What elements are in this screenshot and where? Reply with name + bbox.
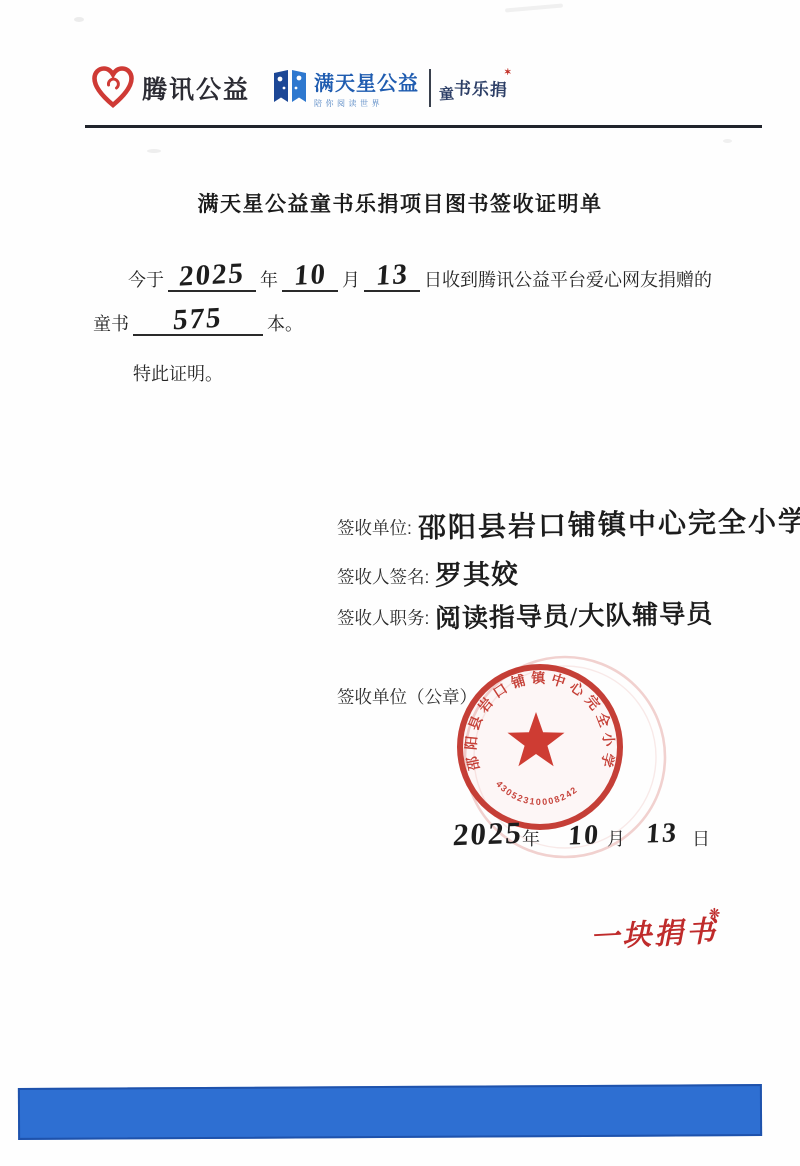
year-blank: 2025	[168, 262, 256, 292]
header-rule-line	[85, 125, 762, 128]
book-count-blank: 575	[133, 306, 263, 336]
tencent-logo-text: 腾讯公益	[142, 70, 250, 106]
receipt-sentence-line1: 今于 2025 年 10 月 13 日收到腾讯公益平台爱心网友捐赠的	[128, 262, 712, 292]
sentence-prefix: 今于	[128, 269, 164, 292]
footer-month-handwritten: 10	[567, 819, 601, 852]
slogan-spark-icon: ❊	[709, 905, 724, 922]
year-handwritten: 2025	[178, 260, 246, 291]
footer-blue-bar	[18, 1084, 762, 1140]
certificate-title: 满天星公益童书乐捐项目图书签收证明单	[0, 188, 800, 218]
bookdrive-tall-char: 童	[438, 82, 454, 104]
day-blank: 13	[364, 262, 420, 292]
sentence-after-day: 日收到腾讯公益平台爱心网友捐赠的	[424, 269, 712, 292]
book-count-handwritten: 575	[172, 305, 223, 335]
bookdrive-rest-text: 书乐捐	[454, 79, 509, 100]
footer-day-unit: 日	[692, 828, 710, 851]
bookdrive-spark-icon: ✶	[504, 66, 513, 77]
slogan-chars: 一块捐书	[589, 916, 719, 955]
sig-row-role: 签收人职务: 阅读指导员/大队辅导员	[337, 604, 714, 630]
mtx-logo-name: 满天星公益	[314, 67, 419, 96]
footer-year-unit: 年	[522, 828, 540, 851]
logo-divider	[429, 69, 431, 107]
tencent-heart-icon	[90, 63, 136, 113]
campaign-slogan-text: 一块捐书❊	[589, 916, 719, 955]
year-unit: 年	[260, 269, 278, 292]
bookdrive-logo: 童 书乐捐✶	[439, 73, 508, 104]
sig-row-unit: 签收单位: 邵阳县岩口铺镇中心完全小学	[337, 512, 800, 540]
month-unit: 月	[342, 269, 360, 292]
sig-row-signer: 签收人签名: 罗其姣	[337, 562, 519, 589]
unit-handwritten: 邵阳县岩口铺镇中心完全小学	[418, 509, 800, 544]
book-suffix: 本。	[267, 313, 303, 336]
footer-month-unit: 月	[607, 828, 625, 851]
book-prefix: 童书	[93, 313, 129, 336]
scan-artifact	[505, 3, 563, 12]
footer-year-handwritten: 2025	[452, 815, 524, 854]
mtx-books-icon	[272, 66, 308, 110]
footer-day-handwritten: 13	[645, 817, 679, 850]
campaign-slogan: 一块捐书❊	[589, 909, 719, 957]
month-blank: 10	[282, 262, 338, 292]
signer-label: 签收人签名:	[337, 566, 429, 589]
month-handwritten: 10	[293, 261, 328, 290]
unit-label: 签收单位:	[337, 517, 412, 540]
certify-statement: 特此证明。	[133, 360, 223, 386]
bookdrive-rest-chars: 书乐捐✶	[454, 74, 509, 101]
day-handwritten: 13	[375, 261, 410, 290]
role-label: 签收人职务:	[337, 607, 429, 630]
receipt-sentence-line2: 童书 575 本。	[93, 306, 303, 336]
scan-artifact	[723, 139, 732, 143]
role-handwritten: 阅读指导员/大队辅导员	[435, 602, 714, 633]
header-logo-row: 腾讯公益 满天星公益 陪你阅读世界 童 书乐捐✶	[90, 58, 508, 118]
mtx-logo-text: 满天星公益 陪你阅读世界	[314, 67, 419, 109]
scan-artifact	[147, 149, 161, 153]
signer-handwritten: 罗其姣	[435, 561, 519, 589]
scan-artifact	[74, 17, 84, 22]
scanned-certificate: 腾讯公益 满天星公益 陪你阅读世界 童 书乐捐✶ 满天星公益童书乐捐项目图书签收…	[0, 0, 800, 1166]
mtx-logo-slogan: 陪你阅读世界	[314, 98, 419, 109]
